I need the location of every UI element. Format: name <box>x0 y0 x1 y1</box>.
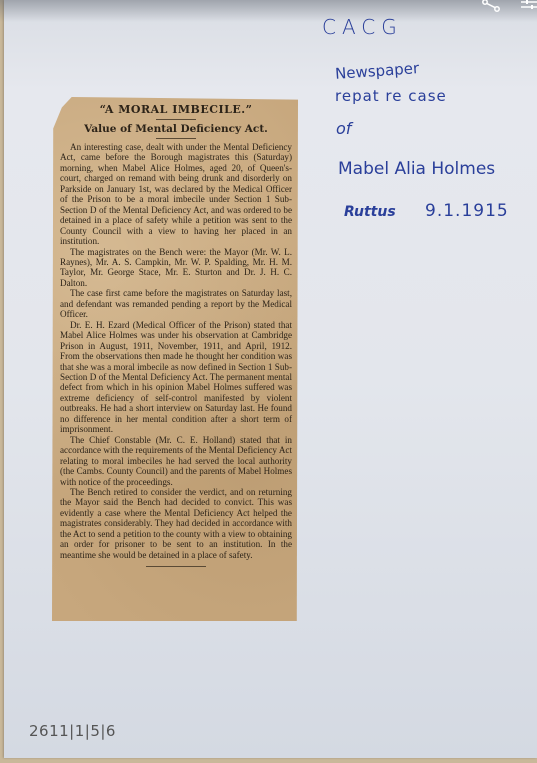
image-viewer-toolbar <box>0 0 537 22</box>
clipping-paragraph: Dr. E. H. Ezard (Medical Officer of the … <box>60 320 292 435</box>
clipping-paragraph: The case first came before the magistrat… <box>60 288 292 319</box>
clipping-body: An interesting case, dealt with under th… <box>60 142 292 560</box>
clipping-paragraph: The Bench retired to consider the verdic… <box>60 487 292 560</box>
clipping-headline: “A MORAL IMBECILE.” <box>60 103 292 116</box>
handwritten-org-code: CACG <box>322 15 403 39</box>
handwritten-date: 9.1.1915 <box>425 201 509 221</box>
clipping-paragraph: The magistrates on the Bench were: the M… <box>60 247 292 289</box>
sliders-icon[interactable] <box>521 0 537 13</box>
clipping-paragraph: The Chief Constable (Mr. C. E. Holland) … <box>60 435 292 487</box>
handwritten-note-line: of <box>336 119 351 138</box>
archive-reference: 2611|1|5|6 <box>29 722 116 740</box>
divider <box>156 138 196 139</box>
clipping-paragraph: An interesting case, dealt with under th… <box>60 142 292 247</box>
handwritten-scribble: Ruttus <box>344 204 396 220</box>
divider <box>146 566 206 567</box>
clipping-subheadline: Value of Mental Deficiency Act. <box>60 123 292 135</box>
handwritten-subject-name: Mabel Alia Holmes <box>338 159 495 179</box>
newspaper-clipping: “A MORAL IMBECILE.” Value of Mental Defi… <box>52 97 298 621</box>
share-icon[interactable] <box>481 0 501 15</box>
handwritten-note-line: repat re case <box>335 87 447 105</box>
divider <box>156 119 196 120</box>
